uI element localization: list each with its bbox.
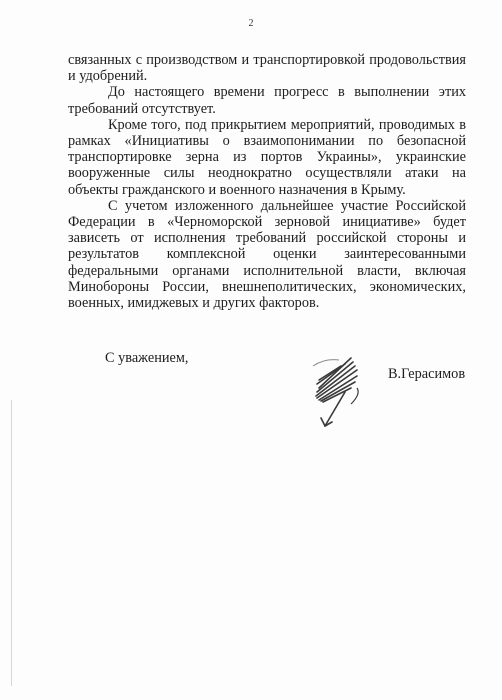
scan-edge-line — [11, 400, 12, 686]
closing-salutation: С уважением, — [105, 350, 188, 367]
paragraph-3: Кроме того, под прикрытием мероприятий, … — [68, 117, 466, 198]
paragraph-1: связанных с производством и транспортиро… — [68, 52, 466, 84]
paragraph-2: До настоящего времени прогресс в выполне… — [68, 84, 466, 116]
paragraph-4: С учетом изложенного дальнейшее участие … — [68, 198, 466, 311]
signer-name: В.Герасимов — [388, 366, 465, 383]
document-page: 2 связанных с производством и транспорти… — [0, 0, 502, 700]
page-number: 2 — [0, 18, 502, 29]
signature-icon — [305, 354, 375, 434]
letter-body: связанных с производством и транспортиро… — [68, 52, 466, 311]
